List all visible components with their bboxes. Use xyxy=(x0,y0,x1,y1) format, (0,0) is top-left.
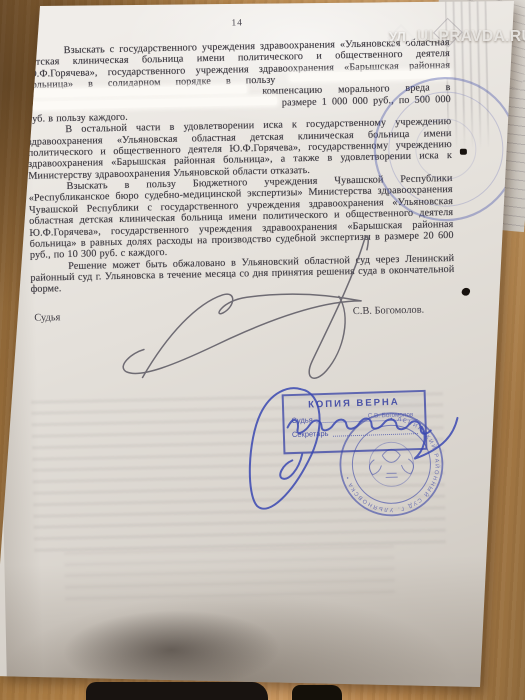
dark-object-bottom xyxy=(292,685,342,700)
bleedthrough-text xyxy=(64,545,395,600)
document-text: 14 Взыскать с государственного учреждени… xyxy=(25,14,455,295)
stamp-judge-name: С.В. Богомолов xyxy=(368,411,414,419)
ink-mark xyxy=(461,287,471,297)
stamp-title: КОПИЯ ВЕРНА xyxy=(284,396,424,411)
dark-object-bottom xyxy=(86,682,268,700)
judge-label: Судья xyxy=(34,312,60,324)
signature-row: Судья С.В. Богомолов. xyxy=(34,305,424,324)
page-number: 14 xyxy=(25,14,449,33)
watermark: УЛ ULPRAVDA.RU xyxy=(388,25,525,49)
watermark-site-text: ULPRAVDA.RU xyxy=(417,28,525,46)
document-paper: 14 Взыскать с государственного учреждени… xyxy=(0,0,525,700)
paragraph-3: Взыскать в пользу Бюджетного учреждения … xyxy=(28,173,454,261)
document-content: 14 Взыскать с государственного учреждени… xyxy=(0,0,525,700)
stamp-secretary-label: Секретарь xyxy=(292,429,329,439)
paragraph-2: В остальной части в удовлетворении иска … xyxy=(27,116,452,182)
photo-of-court-document: { "watermark": { "logo_text": "УЛ", "sit… xyxy=(0,0,525,700)
ulpravda-logo-icon: УЛ xyxy=(388,25,412,49)
stamp-judge-label: Судья xyxy=(291,415,313,425)
paper-wrap: 14 Взыскать с государственного учреждени… xyxy=(0,0,525,700)
judge-name: С.В. Богомолов. xyxy=(353,305,425,317)
ink-mark xyxy=(492,638,497,645)
paragraph-1: Взыскать с государственного учреждения з… xyxy=(26,37,452,125)
redaction-bar xyxy=(27,96,277,109)
copy-certified-stamp: КОПИЯ ВЕРНА Судья С.В. Богомолов Секрета… xyxy=(282,390,428,454)
ink-mark xyxy=(460,149,467,155)
